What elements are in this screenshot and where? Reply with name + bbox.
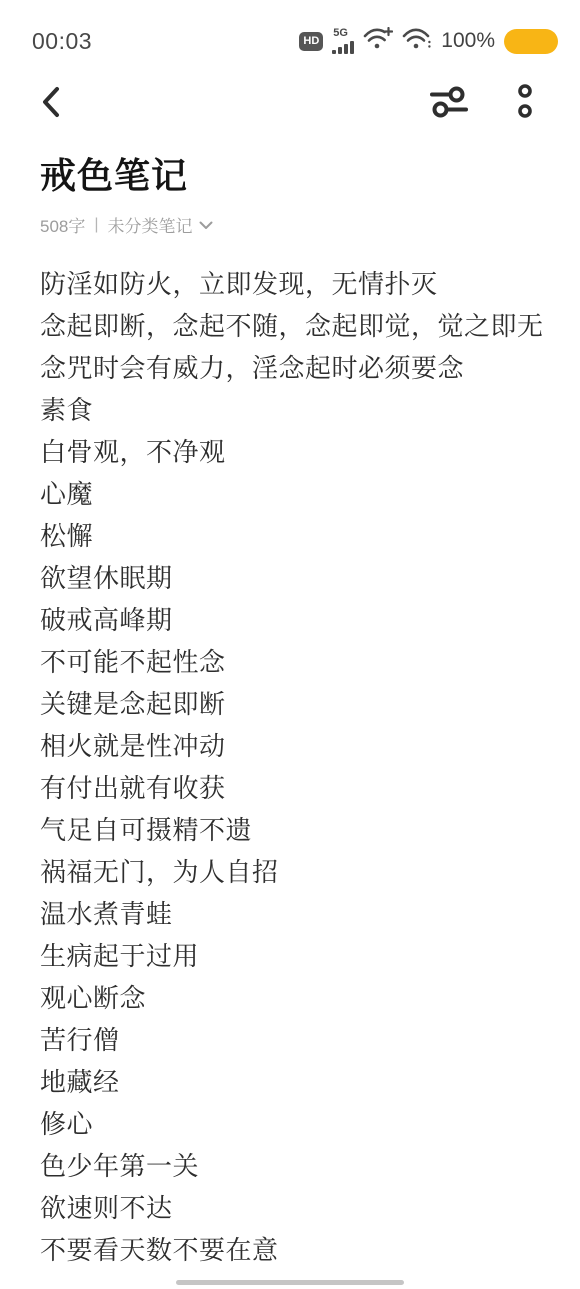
network-type-label: 5G bbox=[333, 28, 348, 39]
clock: 00:03 bbox=[32, 28, 92, 55]
battery-icon bbox=[504, 29, 558, 54]
note-content[interactable]: 防淫如防火，立即发现，无情扑灭 念起即断，念起不随，念起即觉，觉之即无 念咒时会… bbox=[0, 263, 580, 1271]
category-selector[interactable]: 未分类笔记 bbox=[108, 212, 213, 237]
note-line: 不要看天数不要在意 bbox=[40, 1229, 570, 1271]
home-indicator[interactable] bbox=[176, 1280, 404, 1285]
note-line: 气足自可摄精不遗 bbox=[40, 809, 570, 851]
tune-button[interactable] bbox=[428, 84, 470, 125]
battery-percent-label: 100% bbox=[441, 29, 495, 53]
meta-separator: | bbox=[94, 216, 98, 234]
wifi-icon bbox=[402, 27, 432, 56]
back-button[interactable] bbox=[38, 85, 64, 124]
hd-badge-icon: HD bbox=[299, 32, 323, 51]
title-block: 戒色笔记 508字 | 未分类笔记 bbox=[0, 154, 580, 237]
category-label: 未分类笔记 bbox=[108, 212, 193, 237]
page-title: 戒色笔记 bbox=[40, 154, 540, 198]
note-line: 不可能不起性念 bbox=[40, 641, 570, 683]
signal-strength-bars bbox=[332, 41, 354, 54]
note-line: 色少年第一关 bbox=[40, 1145, 570, 1187]
note-line: 祸福无门，为人自招 bbox=[40, 851, 570, 893]
note-line: 念咒时会有威力，淫念起时必须要念 bbox=[40, 347, 570, 389]
nav-header bbox=[0, 78, 580, 130]
note-line: 心魔 bbox=[40, 473, 570, 515]
signal-bars-icon: 5G bbox=[332, 28, 354, 54]
note-line: 防淫如防火，立即发现，无情扑灭 bbox=[40, 263, 570, 305]
note-line: 有付出就有收获 bbox=[40, 767, 570, 809]
note-meta: 508字 | 未分类笔记 bbox=[40, 212, 540, 237]
note-line: 白骨观，不净观 bbox=[40, 431, 570, 473]
status-bar: 00:03 HD 5G 100% bbox=[0, 0, 580, 64]
tune-icon bbox=[428, 84, 470, 125]
note-line: 欲望休眠期 bbox=[40, 557, 570, 599]
note-line: 念起即断，念起不随，念起即觉，觉之即无 bbox=[40, 305, 570, 347]
more-button[interactable] bbox=[516, 83, 534, 126]
note-line: 松懈 bbox=[40, 515, 570, 557]
note-line: 破戒高峰期 bbox=[40, 599, 570, 641]
note-line: 关键是念起即断 bbox=[40, 683, 570, 725]
chevron-down-icon bbox=[199, 215, 213, 235]
note-line: 相火就是性冲动 bbox=[40, 725, 570, 767]
more-icon bbox=[516, 83, 534, 126]
status-icons: HD 5G 100% bbox=[299, 27, 558, 56]
back-icon bbox=[38, 85, 64, 124]
note-line: 修心 bbox=[40, 1103, 570, 1145]
note-line: 欲速则不达 bbox=[40, 1187, 570, 1229]
note-line: 苦行僧 bbox=[40, 1019, 570, 1061]
note-line: 地藏经 bbox=[40, 1061, 570, 1103]
note-line: 素食 bbox=[40, 389, 570, 431]
note-line: 生病起于过用 bbox=[40, 935, 570, 977]
word-count-label: 508字 bbox=[40, 212, 85, 237]
wifi-plus-icon bbox=[363, 27, 393, 56]
note-line: 观心断念 bbox=[40, 977, 570, 1019]
note-line: 温水煮青蛙 bbox=[40, 893, 570, 935]
